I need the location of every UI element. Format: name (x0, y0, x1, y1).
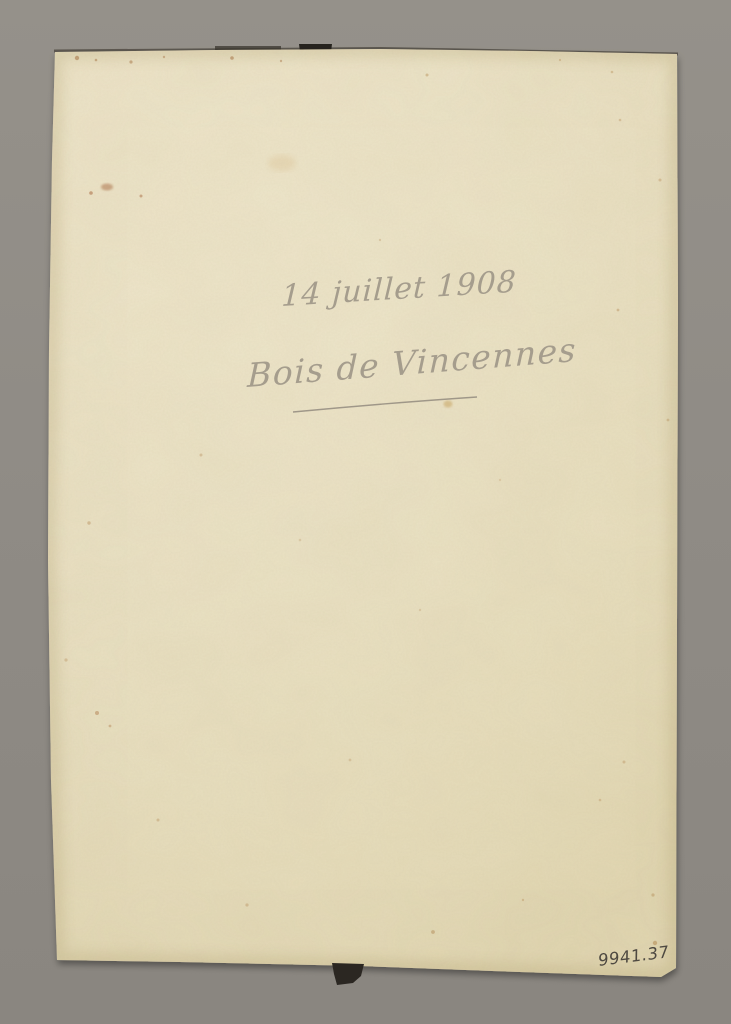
paper-grain-texture (40, 40, 690, 990)
photo-scan: 14 juillet 1908 Bois de Vincennes 9941.3… (0, 0, 731, 1024)
photo-of-paper-verso: 14 juillet 1908 Bois de Vincennes 9941.3… (0, 0, 731, 1024)
